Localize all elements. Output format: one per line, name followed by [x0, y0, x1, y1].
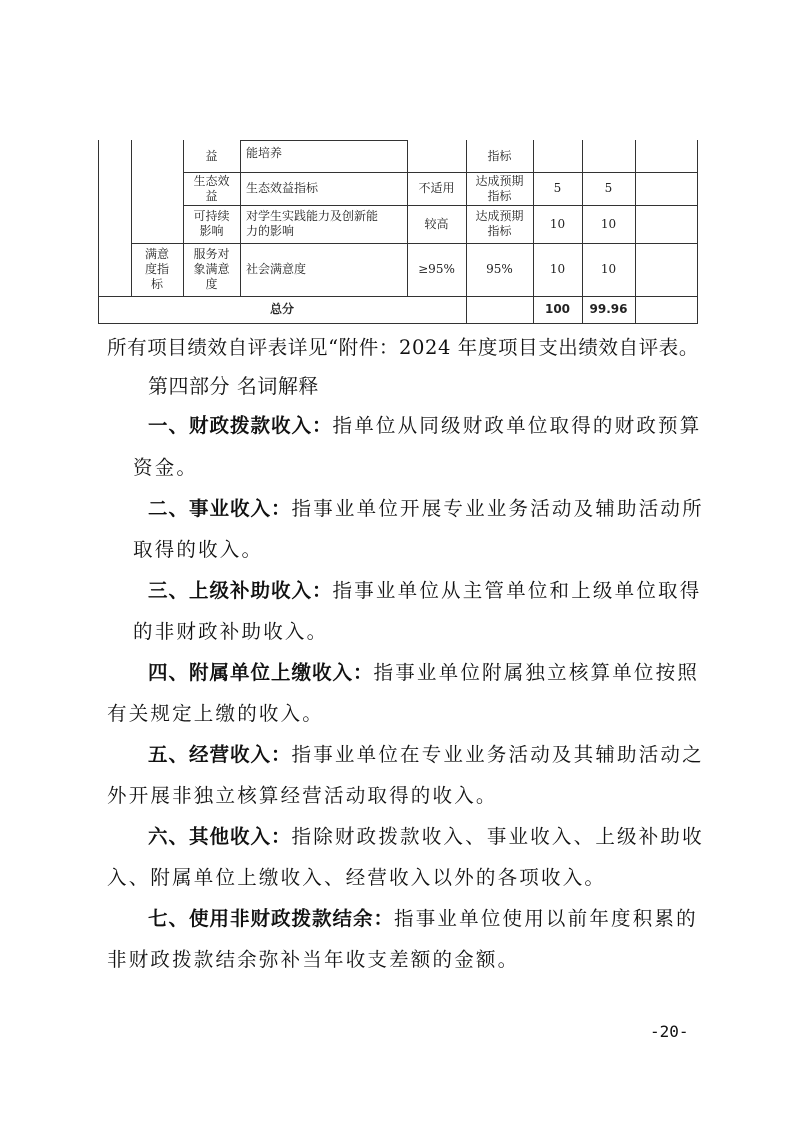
term-item: 三、上级补助收入：指事业单位从主管单位和上级单位取得 [148, 578, 701, 604]
cell-text: 指标 [487, 189, 511, 204]
term-label: 三、上级补助收入： [148, 579, 333, 602]
cell-text: 10 [601, 217, 616, 232]
cell-actual: 达成预期 指标 [466, 205, 533, 243]
cell-score: 10 [582, 205, 635, 243]
cell-text: 标 [151, 277, 163, 292]
cell-score: 10 [582, 243, 635, 296]
term-definition: 指事业单位开展专业业务活动及辅助活动所 [292, 497, 704, 520]
cell-actual: 95% [466, 243, 533, 296]
term-continuation: 入、附属单位上缴收入、经营收入以外的各项收入。 [107, 865, 606, 891]
cell-weight: 10 [533, 205, 582, 243]
cell-level3: 益 [183, 140, 240, 172]
cell-text: 度指 [145, 262, 169, 277]
cell-text: 指标 [487, 224, 511, 239]
performance-table: 益 能培养 指标 生态效 益 生态效益指标 不适用 达成预期 指标 5 5 [98, 140, 698, 324]
cell-text: 达成预期 [475, 174, 523, 189]
cell-actual: 指标 [466, 140, 533, 172]
term-item: 四、附属单位上缴收入：指事业单位附属独立核算单位按照 [148, 660, 699, 686]
cell-text: 指标 [487, 149, 511, 164]
cell-text: 5 [605, 181, 613, 196]
term-label: 六、其他收入： [148, 825, 292, 848]
term-definition: 指单位从同级财政单位取得的财政预算 [333, 414, 702, 437]
cell-text: 可持续 [193, 209, 229, 224]
document-page: 益 能培养 指标 生态效 益 生态效益指标 不适用 达成预期 指标 5 5 [0, 0, 793, 1122]
cell-level3: 生态效 益 [183, 172, 240, 205]
term-label: 一、财政拨款收入： [148, 414, 333, 437]
cell-text: 99.96 [590, 302, 628, 317]
term-definition: 指事业单位从主管单位和上级单位取得 [333, 579, 702, 602]
cell-text: 益 [205, 149, 217, 164]
cell-text: 生态效益指标 [246, 181, 318, 196]
cell-text: ≥95% [418, 262, 455, 277]
cell-text: 达成预期 [475, 209, 523, 224]
term-item: 二、事业收入：指事业单位开展专业业务活动及辅助活动所 [148, 496, 704, 522]
term-continuation: 有关规定上缴的收入。 [107, 701, 324, 727]
cell-text: 服务对 [193, 247, 229, 262]
cell-score: 5 [582, 172, 635, 205]
term-item: 一、财政拨款收入：指单位从同级财政单位取得的财政预算 [148, 413, 701, 439]
term-item: 六、其他收入：指除财政拨款收入、事业收入、上级补助收 [148, 824, 704, 850]
total-weight: 100 [533, 296, 582, 323]
cell-weight: 10 [533, 243, 582, 296]
cell-text: 较高 [424, 217, 448, 232]
cell-text: 总分 [270, 302, 294, 317]
cell-text: 影响 [199, 224, 223, 239]
cell-target: 较高 [407, 205, 466, 243]
section-heading: 第四部分 名词解释 [148, 373, 319, 399]
cell-text: 能培养 [246, 146, 282, 161]
term-continuation: 非财政拨款结余弥补当年收支差额的金额。 [107, 947, 519, 973]
cell-indicator: 社会满意度 [240, 243, 407, 296]
cell-text: 10 [550, 262, 565, 277]
term-definition: 指事业单位使用以前年度积累的 [394, 907, 698, 930]
cell-target: ≥95% [407, 243, 466, 296]
cell-text: 不适用 [418, 181, 454, 196]
term-label: 五、经营收入： [148, 743, 292, 766]
cell-text: 满意 [145, 247, 169, 262]
cell-text: 生态效 [193, 174, 229, 189]
cell-level3: 服务对 象满意 度 [183, 243, 240, 296]
attachment-note: 所有项目绩效自评表详见“附件：2024 年度项目支出绩效自评表。 [107, 335, 699, 361]
cell-weight: 5 [533, 172, 582, 205]
cell-indicator: 生态效益指标 [240, 172, 407, 205]
term-label: 二、事业收入： [148, 497, 292, 520]
cell-text: 对学生实践能力及创新能 [246, 209, 378, 224]
term-definition: 指除财政拨款收入、事业收入、上级补助收 [292, 825, 704, 848]
cell-text: 10 [550, 217, 565, 232]
term-continuation: 外开展非独立核算经营活动取得的收入。 [107, 783, 498, 809]
total-label: 总分 [98, 296, 466, 323]
cell-text: 力的影响 [246, 224, 294, 239]
cell-level2: 满意 度指 标 [131, 243, 183, 296]
cell-text: 100 [545, 302, 570, 317]
term-label: 七、使用非财政拨款结余： [148, 907, 394, 930]
cell-text: 益 [205, 189, 217, 204]
cell-text: 95% [486, 262, 513, 277]
term-definition: 指事业单位附属独立核算单位按照 [374, 661, 700, 684]
cell-text: 社会满意度 [246, 262, 306, 277]
term-continuation: 的非财政补助收入。 [133, 619, 328, 645]
total-score: 99.96 [582, 296, 635, 323]
term-continuation: 资金。 [133, 455, 198, 481]
term-item: 七、使用非财政拨款结余：指事业单位使用以前年度积累的 [148, 906, 698, 932]
term-label: 四、附属单位上缴收入： [148, 661, 374, 684]
term-item: 五、经营收入：指事业单位在专业业务活动及其辅助活动之 [148, 742, 704, 768]
cell-level3: 可持续 影响 [183, 205, 240, 243]
cell-text: 度 [205, 277, 217, 292]
cell-target: 不适用 [407, 172, 466, 205]
cell-text: 5 [554, 181, 562, 196]
cell-indicator: 能培养 [240, 140, 407, 166]
term-continuation: 取得的收入。 [133, 537, 263, 563]
cell-text: 象满意 [193, 262, 229, 277]
cell-actual: 达成预期 指标 [466, 172, 533, 205]
term-definition: 指事业单位在专业业务活动及其辅助活动之 [292, 743, 704, 766]
cell-indicator: 对学生实践能力及创新能 力的影响 [240, 205, 407, 243]
page-number: -20- [650, 1022, 689, 1041]
cell-text: 10 [601, 262, 616, 277]
